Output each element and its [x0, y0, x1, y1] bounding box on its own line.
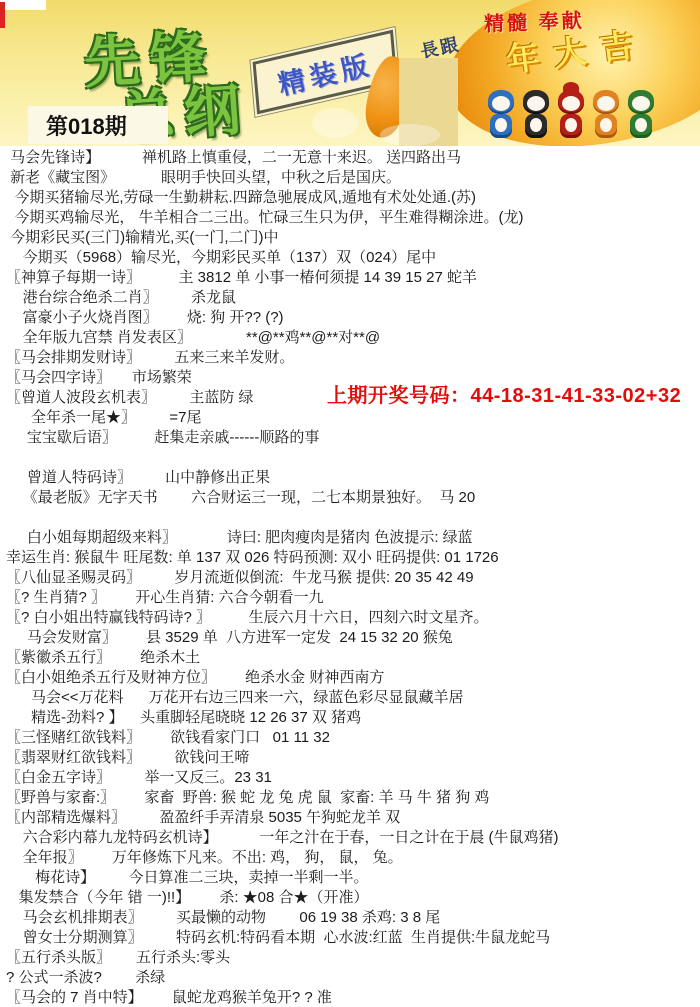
body-line: 今期买（5968）输尽光，今期彩民买单（137）双（024）尾中: [6, 248, 700, 268]
body-line: 六合彩内幕九龙特码玄机诗】 一年之汁在于春，一日之计在于晨 (牛鼠鸡猪): [6, 828, 700, 848]
body-line: 宝宝歇后语〗 赶集走亲戚------顺路的事: [6, 428, 700, 448]
body-line: 〖白小姐绝杀五行及财神方位〗 绝杀水金 财神西南方: [6, 668, 700, 688]
corner-white-patch: [0, 0, 46, 10]
fuwa-nini-green-icon: [626, 88, 656, 140]
body-line: 马会玄机排期表〗 买最懒的动物 06 19 38 杀鸡: 3 8 尾: [6, 908, 700, 928]
glass-highlight: [312, 108, 358, 138]
issue-number: 第018期: [46, 110, 127, 141]
body-line: 〖马会排期发财诗〗 五来三来羊发财。: [6, 348, 700, 368]
body-line: 富豪小子火烧肖图〗 烧: 狗 开?? (?): [6, 308, 700, 328]
body-line: 〖神算子每期一诗〗 主 3812 单 小事一椿何须提 14 39 15 27 蛇…: [6, 268, 700, 288]
body-line: 精选-劲料? 】 头重脚轻尾晓晓 12 26 37 双 猪鸡: [6, 708, 700, 728]
body-line: 今期彩民买(三门)输精光,买(一门,二门)中: [6, 228, 700, 248]
body-line: 今期买猪输尽光,劳碌一生勤耕耘.四蹄急驰展成风,遁地有术处处通.(苏): [6, 188, 700, 208]
body-line: 〖白金五字诗〗 举一又反三。23 31: [6, 768, 700, 788]
fuwa-beibei-blue-icon: [486, 88, 516, 140]
tip-sheet-page: 年大吉 精髓 奉献 長跟 先锋 总纲 精装版 第018期 马会先锋诗】 禅机路上…: [0, 0, 700, 1007]
body-line: 马会<<万花料 万花开右边三四来一六，绿蓝色彩尽显鼠藏羊居: [6, 688, 700, 708]
body-line: 〖翡翠财红欲钱料〗 欲钱问王啼: [6, 748, 700, 768]
glass-highlight: [380, 124, 440, 146]
body-line: 全年版九宫禁 肖发表区〗 **@**鸡**@**对**@: [6, 328, 700, 348]
fuwa-mascots-row: [486, 88, 666, 142]
last-draw-numbers: 上期开奖号码：44-18-31-41-33-02+32: [327, 379, 681, 408]
stamp-label: 精装版: [274, 42, 376, 102]
body-line: 〖五行杀头版〗 五行杀头:零头: [6, 948, 700, 968]
slogan-text: 精髓 奉献: [484, 4, 586, 36]
body-line: 〖紫徽杀五行〗 绝杀木土: [6, 648, 700, 668]
body-line: 新老《藏宝图》 眼明手快回头望，中秋之后是国庆。: [6, 168, 700, 188]
body-line: 〖八仙显圣赐灵码〗 岁月流逝似倒流: 牛龙马猴 提供: 20 35 42 49: [6, 568, 700, 588]
body-line: 幸运生肖: 猴鼠牛 旺尾数: 单 137 双 026 特码预测: 双小 旺码提供…: [6, 548, 700, 568]
body-line: 港台综合绝杀二肖〗 杀龙鼠: [6, 288, 700, 308]
body-line: [6, 448, 700, 468]
body-line: 集发禁合（今年 错 一)!!】 杀: ★08 合★（开准）: [6, 888, 700, 908]
fuwa-yingying-orange-icon: [591, 88, 621, 140]
corner-red-mark: [0, 2, 5, 28]
masthead-banner: 年大吉 精髓 奉献 長跟 先锋 总纲 精装版 第018期: [0, 0, 700, 146]
fuwa-jingjing-panda-icon: [521, 88, 551, 140]
body-line: 全年杀一尾★〗 =7尾: [6, 408, 700, 428]
body-text: 马会先锋诗】 禅机路上慎重侵，二一无意十来迟。 送四路出马 新老《藏宝图》 眼明…: [6, 148, 700, 1007]
fuwa-huanhuan-flame-icon: [556, 88, 586, 140]
body-line: ? 公式一杀波? 杀绿: [6, 968, 700, 988]
body-line: 今期买鸡输尽光， 牛羊相合二三出。忙碌三生只为伊，平生难得糊涂进。(龙): [6, 208, 700, 228]
body-line: 〖? 白小姐出特赢钱特码诗? 〗 生辰六月十六日，四刻六时文星齐。: [6, 608, 700, 628]
body-line: 〖野兽与家畜:〗 家畜 野兽: 猴 蛇 龙 兔 虎 鼠 家畜: 羊 马 牛 猪 …: [6, 788, 700, 808]
body-line: 白小姐每期超级来料〗 诗曰: 肥肉瘦肉是猪肉 色波提示: 绿蓝: [6, 528, 700, 548]
body-line: 《最老版》无字天书 六合财运三一现，二七本期景独好。 马 20: [6, 488, 700, 508]
body-line: 〖三怪赌红欲钱料〗 欲钱看家门口 01 11 32: [6, 728, 700, 748]
body-line: 马会先锋诗】 禅机路上慎重侵，二一无意十来迟。 送四路出马: [6, 148, 700, 168]
body-line: 〖马会的 7 肖中特】 鼠蛇龙鸡猴羊兔开? ? 准: [6, 988, 700, 1007]
body-line: [6, 508, 700, 528]
body-line: 〖? 生肖猜? 〗 开心生肖猜: 六合今朝看一九: [6, 588, 700, 608]
body-line: 〖内部精选爆料〗 盈盈纤手弄清泉 5035 午狗蛇龙羊 双: [6, 808, 700, 828]
body-line: 曾女士分期测算〗 特码玄机:特码看本期 心水波:红蓝 生肖提供:牛鼠龙蛇马: [6, 928, 700, 948]
body-line: 曾道人特码诗〗 山中静修出正果: [6, 468, 700, 488]
body-line: 全年报〗 万年修炼下凡来。不出: 鸡， 狗， 鼠， 兔。: [6, 848, 700, 868]
body-line: 马会发财富〗 县 3529 单 八方进军一定发 24 15 32 20 猴兔: [6, 628, 700, 648]
body-line: 梅花诗】 今日算准二三块，卖掉一半剩一半。: [6, 868, 700, 888]
